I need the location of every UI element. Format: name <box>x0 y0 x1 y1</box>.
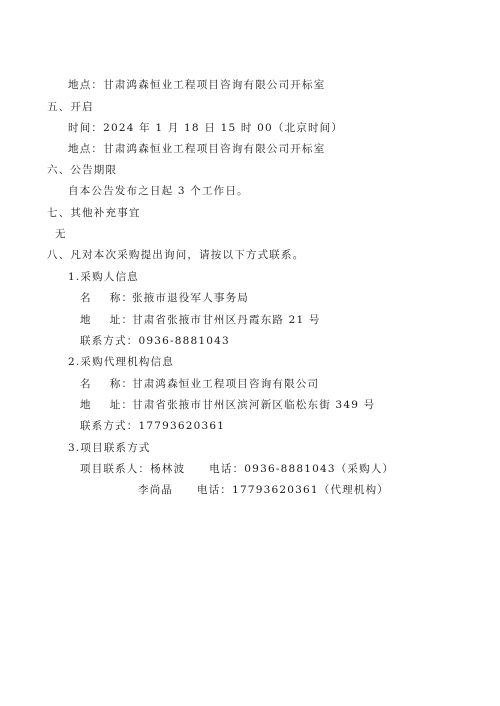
agency-heading: 2.采购代理机构信息 <box>68 355 174 369</box>
purchaser-address: 甘肃省张掖市甘州区丹霞东路 21 号 <box>132 314 321 326</box>
agency-name: 甘肃鸿森恒业工程项目咨询有限公司 <box>132 378 319 390</box>
section-heading-opening: 五、开启 <box>47 100 94 114</box>
purchaser-name: 张掖市退役军人事务局 <box>132 292 249 304</box>
project-contact-heading: 3.项目联系方式 <box>68 441 151 455</box>
open-bid-location-prev: 地点：甘肃鸿森恒业工程项目咨询有限公司开标室 <box>68 78 325 92</box>
purchaser-address-label: 地 址： <box>80 313 132 327</box>
section-heading-contact: 八、凡对本次采购提出询问，请按以下方式联系。 <box>47 248 304 262</box>
agency-name-label: 名 称： <box>80 377 132 391</box>
project-contact-row-2: 李尚晶电话：17793620361（代理机构） <box>138 483 389 497</box>
project-contact-row-1: 项目联系人：杨林波电话：0936-8881043（采购人） <box>80 462 394 476</box>
opening-time: 时间：2024 年 1 月 18 日 15 时 00（北京时间） <box>68 121 343 135</box>
purchaser-name-row: 名 称：张掖市退役军人事务局 <box>80 291 249 305</box>
project-contact-person-1: 杨林波 <box>150 462 209 476</box>
purchaser-heading: 1.采购人信息 <box>68 270 139 284</box>
agency-contact-row: 联系方式：17793620361 <box>80 419 225 433</box>
project-contact-label: 项目联系人： <box>80 462 150 476</box>
section-heading-notice-period: 六、公告期限 <box>47 163 117 177</box>
agency-address-label: 地 址： <box>80 398 132 412</box>
project-contact-phone-1: 电话：0936-8881043（采购人） <box>209 463 394 475</box>
purchaser-address-row: 地 址：甘肃省张掖市甘州区丹霞东路 21 号 <box>80 313 321 327</box>
agency-address-row: 地 址：甘肃省张掖市甘州区滨河新区临松东街 349 号 <box>80 398 375 412</box>
agency-contact: 17793620361 <box>139 420 226 432</box>
section-heading-other-matters: 七、其他补充事宜 <box>47 206 141 220</box>
purchaser-contact-label: 联系方式： <box>80 334 139 348</box>
purchaser-name-label: 名 称： <box>80 291 132 305</box>
purchaser-contact-row: 联系方式：0936-8881043 <box>80 334 230 348</box>
project-contact-person-2: 李尚晶 <box>138 483 197 497</box>
notice-period-text: 自本公告发布之日起 3 个工作日。 <box>68 184 249 198</box>
opening-location: 地点：甘肃鸿森恒业工程项目咨询有限公司开标室 <box>68 142 325 156</box>
agency-name-row: 名 称：甘肃鸿森恒业工程项目咨询有限公司 <box>80 377 319 391</box>
project-contact-phone-2: 电话：17793620361（代理机构） <box>197 484 389 496</box>
agency-contact-label: 联系方式： <box>80 419 139 433</box>
purchaser-contact: 0936-8881043 <box>139 335 230 347</box>
other-matters-text: 无 <box>55 227 67 241</box>
agency-address: 甘肃省张掖市甘州区滨河新区临松东街 349 号 <box>132 399 375 411</box>
